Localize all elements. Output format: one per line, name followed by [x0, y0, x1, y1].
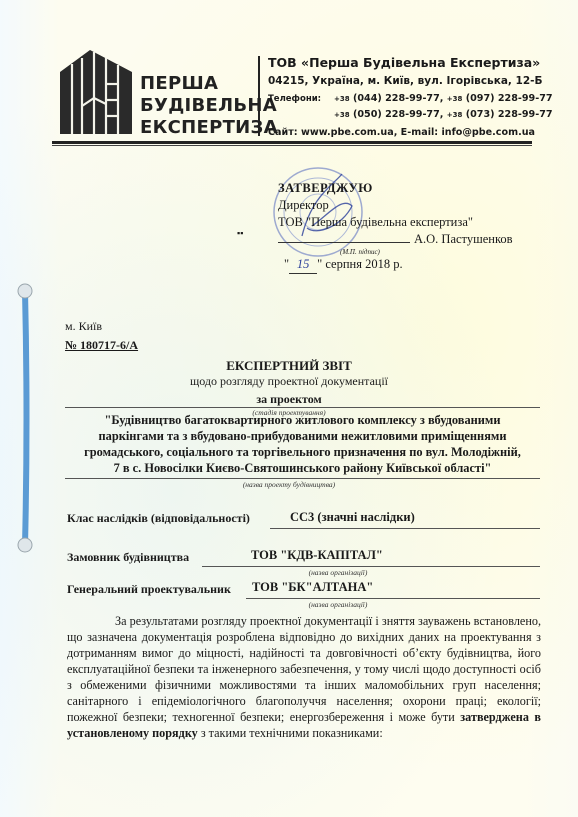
paragraph-text: з такими технічними показниками:: [198, 726, 383, 740]
signatory-name: А.О. Пастушенков: [414, 232, 513, 246]
project-line: паркінгами та з вбудовано-прибудованими …: [62, 428, 543, 444]
phone-number: (073) 228-99-77: [466, 109, 553, 120]
project-name: "Будівництво багатоквартирного житлового…: [62, 412, 543, 476]
signature-line: [278, 242, 410, 243]
document-page: ПЕРША БУДІВЕЛЬНА ЕКСПЕРТИЗА ТОВ «Перша Б…: [0, 0, 578, 817]
approval-date: "15" серпня 2018 р.: [284, 256, 513, 274]
conclusion-paragraph: За результатами розгляду проектної докум…: [67, 613, 541, 741]
header-rule-thick: [52, 141, 532, 144]
phone-number: (050) 228-99-77: [353, 109, 440, 120]
building-logo-icon: [60, 50, 132, 134]
signature-caption: (М.П. підпис): [340, 248, 513, 256]
company-name: ТОВ «Перша Будівельна Експертиза»: [268, 54, 553, 71]
date-day: 15: [289, 256, 317, 274]
approval-position: Директор: [278, 197, 513, 214]
phones-row-1: Телефони:+38 (044) 228-99-77, +38 (097) …: [268, 91, 553, 107]
project-line: громадського, соціального та торгівельно…: [62, 444, 543, 460]
document-city: м. Київ: [65, 319, 102, 334]
margin-mark: ▪▪: [237, 228, 243, 238]
design-stage: за проектом: [0, 392, 578, 407]
company-site-email: Сайт: www.pbe.com.ua, E-mail: info@pbe.c…: [268, 123, 553, 142]
phone-number: (044) 228-99-77: [353, 93, 440, 104]
consequence-class-value: СС3 (значні наслідки): [290, 510, 415, 525]
phone-prefix: +38: [334, 95, 350, 103]
consequence-class-underline: [270, 528, 540, 529]
approval-organization: ТОВ "Перша будівельна експертиза": [278, 214, 513, 231]
header-divider: [258, 56, 260, 136]
date-quote: ": [317, 257, 322, 271]
signature-row: А.О. Пастушенков: [278, 231, 513, 248]
designer-underline: [246, 598, 540, 599]
report-title: ЕКСПЕРТНИЙ ЗВІТ: [0, 358, 578, 374]
designer-value: ТОВ "БК"АЛТАНА": [252, 580, 373, 595]
customer-label: Замовник будівництва: [67, 550, 189, 565]
approval-block: ЗАТВЕРДЖУЮ Директор ТОВ "Перша будівельн…: [278, 180, 513, 274]
phone-number: (097) 228-99-77: [466, 93, 553, 104]
project-underline: [65, 478, 540, 479]
customer-caption: (назва організації): [178, 568, 498, 577]
report-subtitle: щодо розгляду проектної документації: [0, 374, 578, 389]
document-number: № 180717-6/А: [65, 338, 138, 353]
company-info: ТОВ «Перша Будівельна Експертиза» 04215,…: [268, 54, 553, 142]
project-caption: (назва проекту будівництва): [0, 480, 578, 489]
company-address: 04215, Україна, м. Київ, вул. Ігорівська…: [268, 72, 553, 91]
header-rule-thin: [52, 145, 532, 146]
customer-value: ТОВ "КДВ-КАПІТАЛ": [251, 548, 383, 563]
phone-prefix: +38: [447, 95, 463, 103]
consequence-class-label: Клас наслідків (відповідальності): [67, 511, 250, 526]
project-line: "Будівництво багатоквартирного житлового…: [62, 412, 543, 428]
phone-prefix: +38: [447, 111, 463, 119]
paragraph-text: За результатами розгляду проектної докум…: [67, 614, 541, 724]
customer-underline: [202, 566, 540, 567]
date-month-year: серпня 2018 р.: [325, 257, 402, 271]
phones-row-2: +38 (050) 228-99-77, +38 (073) 228-99-77: [268, 107, 553, 123]
designer-label: Генеральний проектувальник: [67, 582, 231, 597]
phone-prefix: +38: [334, 111, 350, 119]
phones-label: Телефони:: [268, 92, 334, 107]
project-line: 7 в с. Новосілки Києво-Святошинського ра…: [62, 460, 543, 476]
binding-ribbon-icon: [14, 283, 36, 553]
approval-title: ЗАТВЕРДЖУЮ: [278, 180, 513, 197]
designer-caption: (назва організації): [178, 600, 498, 609]
